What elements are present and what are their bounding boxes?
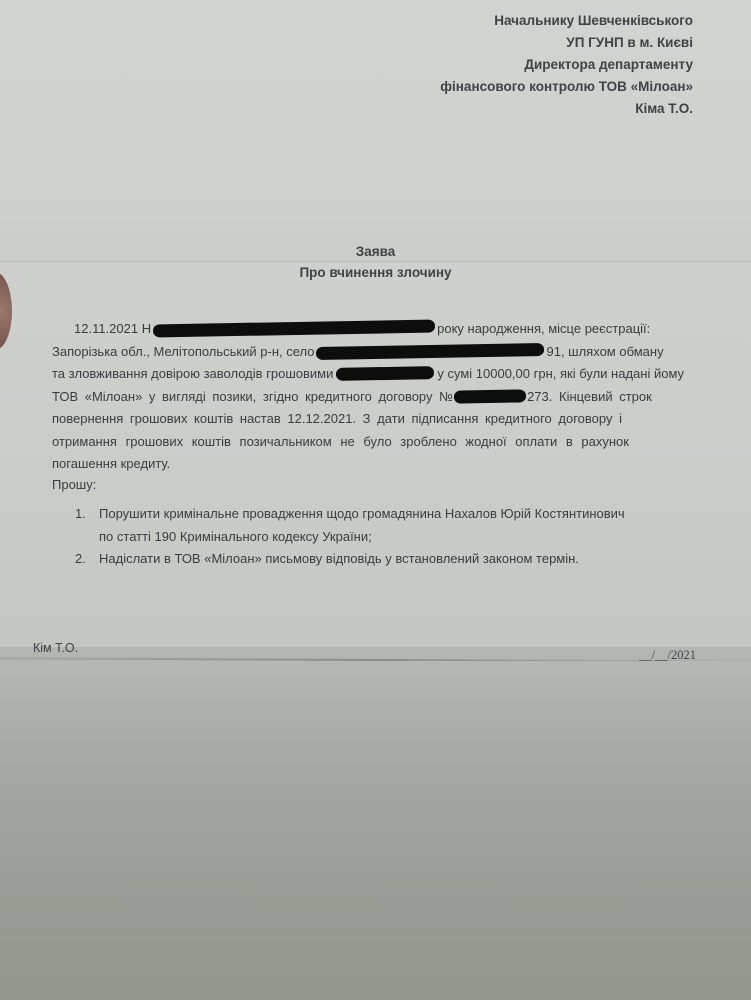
redaction-mark xyxy=(153,320,435,338)
addressee-line: фінансового контролю ТОВ «Мілоан» xyxy=(440,76,693,98)
addressee-line: Директора департаменту xyxy=(440,54,693,76)
request-label: Прошу: xyxy=(52,477,96,492)
document-title: Заява xyxy=(0,244,751,259)
list-number: 2. xyxy=(75,548,99,571)
list-text: Порушити кримінальне провадження щодо гр… xyxy=(99,503,625,548)
list-number: 1. xyxy=(75,503,99,548)
addressee-line: Начальнику Шевченківського xyxy=(440,10,693,32)
body-line: повернення грошових коштів настав 12.12.… xyxy=(52,408,690,431)
addressee-block: Начальнику Шевченківського УП ГУНП в м. … xyxy=(440,10,693,120)
body-line: ТОВ «Мілоан» у вигляді позики, згідно кр… xyxy=(52,386,690,409)
signature-date: __/__/2021 xyxy=(639,648,696,663)
paper-lower-fold xyxy=(0,661,751,1000)
signature-name: Кім Т.О. xyxy=(33,641,78,655)
statement-paragraph: 12.11.2021 Нроку народження, місце реєст… xyxy=(52,318,690,476)
list-item: 1. Порушити кримінальне провадження щодо… xyxy=(75,503,625,548)
body-line: отримання грошових коштів позичальником … xyxy=(52,431,690,454)
redaction-mark xyxy=(454,389,526,403)
addressee-line: Кіма Т.О. xyxy=(440,98,693,120)
redaction-mark xyxy=(316,343,544,360)
document-subtitle: Про вчинення злочину xyxy=(0,265,751,280)
list-item: 2. Надіслати в ТОВ «Мілоан» письмову від… xyxy=(75,548,625,571)
list-text: Надіслати в ТОВ «Мілоан» письмову відпов… xyxy=(99,548,579,571)
addressee-line: УП ГУНП в м. Києві xyxy=(440,32,693,54)
body-line: та зловживання довірою заволодів грошови… xyxy=(52,363,690,386)
redaction-mark xyxy=(336,366,434,381)
body-line: Запорізька обл., Мелітопольський р-н, се… xyxy=(52,341,690,364)
body-line: погашення кредиту. xyxy=(52,453,690,476)
request-list: 1. Порушити кримінальне провадження щодо… xyxy=(75,503,625,571)
body-line: 12.11.2021 Нроку народження, місце реєст… xyxy=(52,318,690,341)
